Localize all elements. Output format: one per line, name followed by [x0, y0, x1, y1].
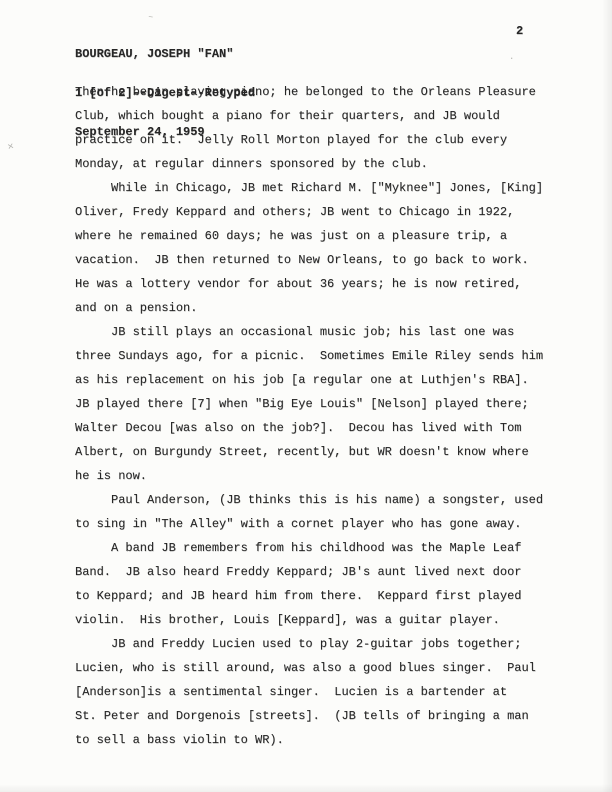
scan-edge-shadow — [0, 784, 612, 792]
scan-edge-shadow — [602, 0, 612, 792]
scanned-document-page: BOURGEAU, JOSEPH "FAN" 1 [of 2]--Digest-… — [0, 0, 612, 792]
text-line: JB played there [7] when "Big Eye Louis"… — [75, 392, 555, 416]
pencil-mark: . — [509, 52, 514, 62]
text-line: He was a lottery vendor for about 36 yea… — [75, 272, 555, 296]
text-line: Lucien, who is still around, was also a … — [75, 656, 555, 680]
text-line: While in Chicago, JB met Richard M. ["My… — [75, 176, 555, 200]
text-line: A band JB remembers from his childhood w… — [75, 536, 555, 560]
text-line: practice on it. Jelly Roll Morton played… — [75, 128, 555, 152]
text-line: violin. His brother, Louis [Keppard], wa… — [75, 608, 555, 632]
text-line: Walter Decou [was also on the job?]. Dec… — [75, 416, 555, 440]
text-line: where he remained 60 days; he was just o… — [75, 224, 555, 248]
text-line: to sing in "The Alley" with a cornet pla… — [75, 512, 555, 536]
text-line: three Sundays ago, for a picnic. Sometim… — [75, 344, 555, 368]
text-line: he is now. — [75, 464, 555, 488]
pencil-mark: ✕ — [7, 142, 15, 153]
text-line: vacation. JB then returned to New Orlean… — [75, 248, 555, 272]
text-line: Then he began playing piano; he belonged… — [75, 80, 555, 104]
text-line: Albert, on Burgundy Street, recently, bu… — [75, 440, 555, 464]
text-line: to sell a bass violin to WR). — [75, 728, 555, 752]
text-line: Club, which bought a piano for their qua… — [75, 104, 555, 128]
text-line: JB still plays an occasional music job; … — [75, 320, 555, 344]
document-body: Then he began playing piano; he belonged… — [75, 80, 555, 752]
text-line: [Anderson]is a sentimental singer. Lucie… — [75, 680, 555, 704]
text-line: Oliver, Fredy Keppard and others; JB wen… — [75, 200, 555, 224]
pencil-mark: – — [147, 12, 154, 23]
text-line: as his replacement on his job [a regular… — [75, 368, 555, 392]
text-line: Monday, at regular dinners sponsored by … — [75, 152, 555, 176]
text-line: and on a pension. — [75, 296, 555, 320]
text-line: St. Peter and Dorgenois [streets]. (JB t… — [75, 704, 555, 728]
header-subject-line: BOURGEAU, JOSEPH "FAN" — [75, 48, 255, 61]
text-line: Paul Anderson, (JB thinks this is his na… — [75, 488, 555, 512]
text-line: JB and Freddy Lucien used to play 2-guit… — [75, 632, 555, 656]
text-line: Band. JB also heard Freddy Keppard; JB's… — [75, 560, 555, 584]
text-line: to Keppard; and JB heard him from there.… — [75, 584, 555, 608]
page-number: 2 — [516, 24, 523, 38]
